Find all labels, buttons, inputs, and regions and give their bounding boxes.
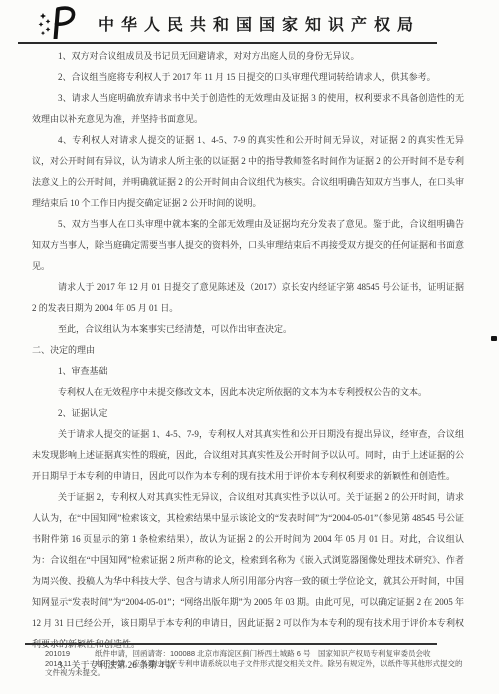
body-paragraph-hearing-2: 2、合议组当庭将专利权人于 2017 年 11 月 15 日提交的口头审理代理词…: [32, 67, 464, 88]
footer-efiling-continuation: 文件视为未提交。: [45, 668, 105, 678]
footer-row-continuation: 文件视为未提交。: [45, 668, 475, 678]
subsection-heading-evidence: 2、证据认定: [32, 403, 464, 424]
body-paragraph-basis: 专利权人在无效程序中未提交修改文本，因此本决定所依据的文本为本专利授权公告的文本…: [32, 382, 464, 403]
page-footer: 201019纸件申请，回函请寄：100088 北京市海淀区蓟门桥西土城路 6 号…: [45, 649, 475, 678]
footer-mailing-instruction: 纸件申请，回函请寄：100088 北京市海淀区蓟门桥西土城路 6 号 国家知识产…: [95, 649, 430, 659]
body-paragraph-submission: 请求人于 2017 年 12 月 01 日提交了意见陈述及（2017）京长安内经…: [32, 277, 464, 319]
scan-edge-mark: [491, 336, 497, 341]
footer-row-paper: 201019纸件申请，回函请寄：100088 北京市海淀区蓟门桥西土城路 6 号…: [45, 649, 475, 659]
body-paragraph-hearing-5: 5、双方当事人在口头审理中就本案的全部无效理由及证据均充分发表了意见。鉴于此，合…: [32, 214, 464, 277]
body-paragraph-evidence-2: 关于证据 2，专利权人对其真实性无异议，合议组对其真实性予以认可。关于证据 2 …: [32, 487, 464, 655]
footer-efiling-instruction: 电子申请，应当通过电子专利申请系统以电子文件形式提交相关文件。除另有规定外，以纸…: [95, 659, 463, 669]
form-number: 201019: [45, 649, 95, 659]
body-paragraph-conclusion: 至此，合议组认为本案事实已经清楚，可以作出审查决定。: [32, 319, 464, 340]
body-paragraph-hearing-3: 3、请求人当庭明确放弃请求书中关于创造性的无效理由及证据 3 的使用，权利要求不…: [32, 88, 464, 130]
document-body: 1、双方对合议组成员及书记员无回避请求，对对方出庭人员的身份无异议。 2、合议组…: [32, 46, 464, 676]
agency-title: 中华人民共和国国家知识产权局: [98, 12, 420, 35]
header-divider: [18, 42, 437, 44]
section-heading-reasons: 二、决定的理由: [32, 340, 464, 361]
form-version-date: 2014.11: [45, 659, 95, 669]
subsection-heading-basis: 1、审查基础: [32, 361, 464, 382]
body-paragraph-hearing-4: 4、专利权人对请求人提交的证据 1、4-5、7-9 的真实性和公开时间无异议，对…: [32, 130, 464, 214]
footer-row-efiling: 2014.11电子申请，应当通过电子专利申请系统以电子文件形式提交相关文件。除另…: [45, 659, 475, 669]
cnipa-logo-icon: [36, 6, 78, 40]
footer-divider: [25, 643, 437, 645]
document-page: 中华人民共和国国家知识产权局 1、双方对合议组成员及书记员无回避请求，对对方出庭…: [0, 0, 499, 694]
body-paragraph-evidence-1: 关于请求人提交的证据 1、4-5、7-9，专利权人对其真实性和公开日期没有提出异…: [32, 424, 464, 487]
body-paragraph-hearing-1: 1、双方对合议组成员及书记员无回避请求，对对方出庭人员的身份无异议。: [32, 46, 464, 67]
